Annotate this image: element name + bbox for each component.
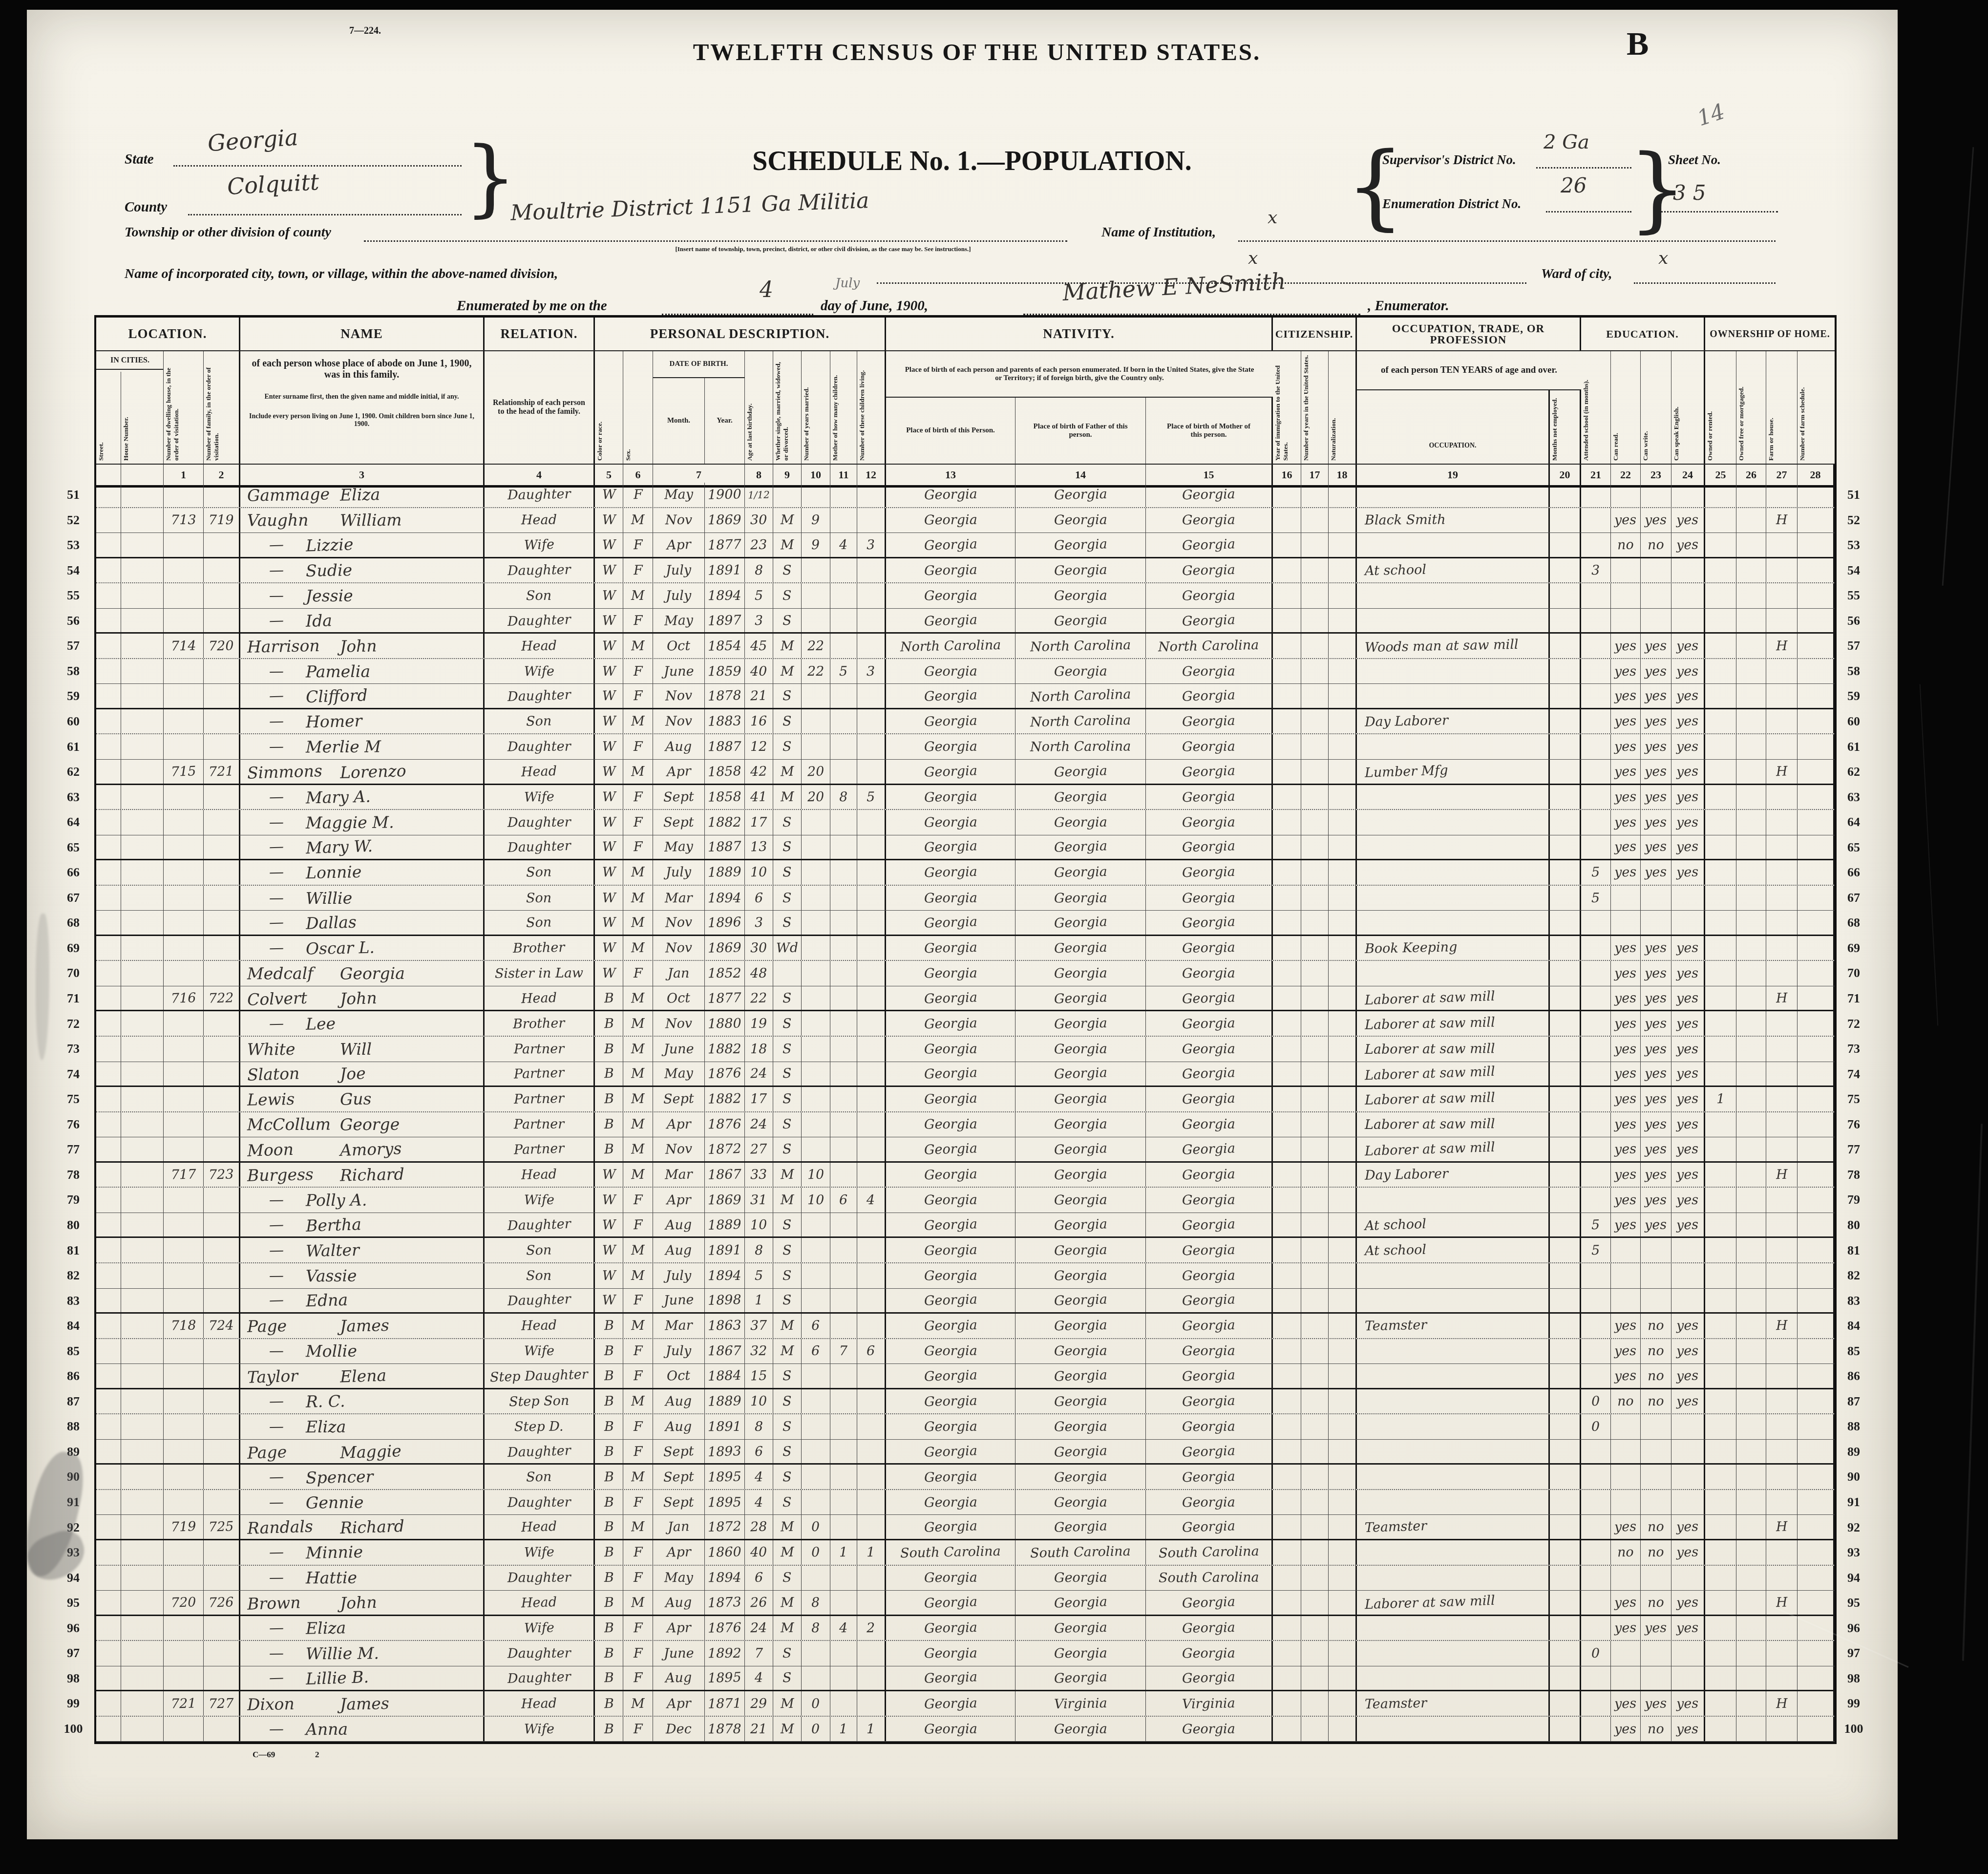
- cell-color-value: B: [604, 1646, 613, 1661]
- cell-occupation: Laborer at saw mill: [1357, 1112, 1550, 1137]
- cell-age: 3: [745, 609, 773, 633]
- cell-father-birthplace: Georgia: [1015, 886, 1146, 911]
- state-line: [173, 165, 462, 167]
- cell-family-no: 723: [204, 1163, 240, 1187]
- cell-can-read: yes: [1611, 961, 1641, 986]
- cell-years-married: 10: [802, 1188, 830, 1213]
- cell-age-value: 26: [750, 1595, 767, 1610]
- cell-years-married: [802, 709, 830, 734]
- cell-color: B: [595, 1087, 623, 1111]
- cell-children-living: 1: [857, 1717, 886, 1742]
- cell-birthplace-value: Georgia: [924, 1620, 977, 1636]
- cell-children-living: [857, 835, 886, 859]
- cell-im: [1273, 1364, 1301, 1388]
- cell-color: B: [595, 1364, 623, 1388]
- cell-can-speak-english-value: yes: [1676, 865, 1699, 880]
- cell-can-speak-english-value: yes: [1676, 1595, 1699, 1610]
- cell-marital: S: [773, 1465, 802, 1489]
- census-row-line-88: —ElizaStep D.BFAug18918SGeorgiaGeorgiaGe…: [96, 1414, 1835, 1440]
- cell-marital: S: [773, 1137, 802, 1161]
- census-row-line-99: 721727DixonJamesHeadBMApr187129M0Georgia…: [96, 1691, 1835, 1717]
- cell-father-birthplace-value: Georgia: [1054, 940, 1107, 956]
- cell-occupation: Day Laborer: [1357, 709, 1550, 734]
- cell-owned-rented: [1705, 734, 1736, 759]
- given-name: Clifford: [305, 685, 368, 706]
- enumerated-month-handwritten: July: [835, 276, 860, 291]
- cell-hn: [121, 609, 164, 633]
- cell-im: [1273, 684, 1301, 708]
- cell-fs: [1798, 1717, 1835, 1742]
- cell-age: 30: [745, 508, 773, 533]
- cell-yus: [1301, 1540, 1329, 1565]
- cell-age: 18: [745, 1037, 773, 1062]
- cell-father-birthplace: Georgia: [1015, 835, 1146, 859]
- cell-can-write-value: yes: [1645, 764, 1667, 779]
- cell-dwelling-no: [164, 583, 204, 608]
- cell-can-speak-english: yes: [1671, 936, 1705, 960]
- cell-occupation-value: Teamster: [1365, 1518, 1427, 1535]
- cell-children-living: [857, 911, 886, 935]
- cell-farm-or-house: [1766, 1339, 1798, 1364]
- cell-mother-birthplace: Georgia: [1146, 1213, 1273, 1237]
- given-name: Hattie: [306, 1568, 357, 1588]
- cell-color: B: [595, 1112, 623, 1137]
- cell-fr: [1736, 1389, 1766, 1414]
- cell-hn: [121, 659, 164, 684]
- cell-can-speak-english: yes: [1671, 1339, 1705, 1364]
- cell-mother-birthplace: Georgia: [1146, 1112, 1273, 1137]
- cell-color: B: [595, 1314, 623, 1338]
- cell-name: —Eliza: [240, 1414, 485, 1439]
- cell-fs: [1798, 860, 1835, 885]
- cell-yus: [1301, 1062, 1329, 1086]
- cell-marital-value: S: [783, 915, 792, 931]
- cell-birth-year-value: 1871: [708, 1696, 741, 1711]
- cell-mother-of-value: 4: [839, 537, 848, 553]
- line-number: 74: [1837, 1067, 1871, 1082]
- cell-marital: M: [773, 634, 802, 658]
- surname: —: [240, 1215, 306, 1235]
- cell-fr: [1736, 734, 1766, 759]
- cell-dwelling-no: [164, 1364, 204, 1388]
- census-row-line-65: —Mary W.DaughterWFMay188713SGeorgiaGeorg…: [96, 835, 1835, 861]
- line-number: 55: [1837, 588, 1871, 603]
- cell-nat: [1329, 1011, 1357, 1036]
- cell-im: [1273, 1389, 1301, 1414]
- line-number: 57: [56, 639, 90, 653]
- cell-birth-year-value: 1895: [708, 1670, 742, 1686]
- cell-marital: S: [773, 860, 802, 885]
- cell-age-value: 22: [750, 990, 767, 1006]
- cell-name: —Merlie M: [240, 734, 485, 759]
- cell-age: 10: [745, 1389, 773, 1414]
- cell-st: [96, 1641, 121, 1666]
- cell-birthplace: Georgia: [886, 1364, 1015, 1388]
- cell-birth-year-value: 1877: [708, 537, 742, 553]
- cell-mother-birthplace-value: Georgia: [1182, 1367, 1236, 1384]
- cell-relation: Daughter: [485, 1666, 595, 1690]
- cell-birth-month-value: May: [664, 487, 694, 503]
- col-marital: Whether single, married, widowed, or div…: [773, 351, 801, 464]
- cell-can-speak-english: yes: [1671, 1137, 1705, 1161]
- cell-birth-year: 1858: [705, 785, 745, 809]
- cell-can-speak-english: yes: [1671, 634, 1705, 658]
- cell-father-birthplace: Georgia: [1015, 986, 1146, 1010]
- table-body: GammageElizaDaughterWFMay19001/12Georgia…: [94, 483, 1837, 1744]
- cell-farm-or-house: H: [1766, 634, 1798, 658]
- cell-fs: [1798, 1616, 1835, 1640]
- cell-can-read: [1611, 1490, 1641, 1515]
- cell-color-value: W: [602, 966, 616, 981]
- cell-family-no: [204, 609, 240, 633]
- line-number: 70: [1837, 966, 1871, 980]
- cell-attended-school-value: 0: [1591, 1394, 1600, 1409]
- cell-relation-value: Daughter: [507, 562, 571, 579]
- cell-can-read-value: yes: [1614, 1042, 1636, 1057]
- cell-relation: Partner: [485, 1037, 595, 1062]
- cell-children-living: [857, 1137, 886, 1161]
- cell-mother-of: [830, 634, 857, 658]
- line-number: 85: [1837, 1344, 1871, 1359]
- institution-label: Name of Institution,: [1101, 225, 1216, 240]
- cell-family-no: 724: [204, 1314, 240, 1338]
- cell-family-no: [204, 911, 240, 935]
- cell-marital-value: M: [780, 537, 794, 553]
- cell-can-speak-english-value: yes: [1676, 663, 1698, 679]
- cell-relation: Daughter: [485, 734, 595, 759]
- cell-marital: S: [773, 1666, 802, 1690]
- cell-color: B: [595, 1490, 623, 1515]
- cell-relation: Wife: [485, 1188, 595, 1213]
- cell-years-married-value: 6: [811, 1343, 820, 1359]
- cell-attended-school: [1581, 1515, 1611, 1539]
- cell-mother-birthplace: Georgia: [1146, 1364, 1273, 1388]
- cell-marital: M: [773, 1163, 802, 1187]
- cell-children-living: [857, 1263, 886, 1288]
- cell-farm-or-house: [1766, 709, 1798, 734]
- cell-family-no-value: 723: [209, 1167, 234, 1182]
- line-number: 74: [56, 1067, 90, 1082]
- cell-family-no: [204, 558, 240, 583]
- cell-nat: [1329, 659, 1357, 684]
- cell-farm-or-house: [1766, 558, 1798, 583]
- cell-mother-birthplace-value: Georgia: [1182, 588, 1235, 604]
- cell-dwelling-no: 713: [164, 508, 204, 533]
- cell-mne: [1550, 911, 1581, 935]
- cell-father-birthplace-value: Georgia: [1054, 864, 1107, 880]
- cell-color-value: B: [604, 990, 614, 1006]
- line-number: 64: [56, 815, 90, 830]
- cell-relation: Son: [485, 1263, 595, 1288]
- cell-can-write: no: [1641, 1591, 1671, 1615]
- column-number: 14: [1015, 465, 1146, 485]
- cell-farm-or-house: [1766, 810, 1798, 835]
- cell-marital: S: [773, 1213, 802, 1237]
- line-number: 77: [1837, 1142, 1871, 1157]
- line-number: 55: [56, 588, 90, 603]
- cell-fs: [1798, 1339, 1835, 1364]
- cell-father-birthplace: Georgia: [1015, 1188, 1146, 1213]
- supervisor-label: Supervisor's District No.: [1382, 152, 1516, 168]
- cell-father-birthplace-value: Georgia: [1054, 1292, 1107, 1309]
- cell-mother-birthplace: Georgia: [1146, 659, 1273, 684]
- cell-mother-birthplace-value: Georgia: [1182, 814, 1235, 830]
- cell-age-value: 23: [750, 537, 767, 553]
- cell-mother-of: 7: [830, 1339, 857, 1364]
- cell-mother-birthplace: Georgia: [1146, 1263, 1273, 1288]
- cell-can-speak-english: yes: [1671, 1691, 1705, 1716]
- cell-farm-or-house: [1766, 1289, 1798, 1313]
- cell-sex: M: [623, 886, 653, 911]
- cell-mne: [1550, 1540, 1581, 1565]
- cell-marital: S: [773, 1263, 802, 1288]
- cell-color-value: W: [602, 588, 616, 603]
- cell-relation-value: Head: [521, 764, 557, 780]
- occupation-sub: of each person TEN YEARS of age and over…: [1366, 365, 1572, 376]
- cell-color: B: [595, 1037, 623, 1062]
- census-row-line-68: —DallasSonWMNov18963SGeorgiaGeorgiaGeorg…: [96, 911, 1835, 936]
- cell-dwelling-no: [164, 1616, 204, 1640]
- cell-marital: S: [773, 1062, 802, 1086]
- cell-can-read: yes: [1611, 760, 1641, 784]
- cell-family-no: [204, 734, 240, 759]
- cell-mother-birthplace: Georgia: [1146, 1339, 1273, 1364]
- cell-name: —Lizzie: [240, 533, 485, 557]
- cell-birthplace-value: Georgia: [924, 990, 977, 1006]
- cell-name: MedcalfGeorgia: [240, 961, 485, 986]
- cell-mother-birthplace-value: Georgia: [1182, 1268, 1235, 1283]
- cell-children-living: 1: [857, 1540, 886, 1565]
- cell-can-speak-english: yes: [1671, 835, 1705, 859]
- cell-can-speak-english: yes: [1671, 684, 1705, 708]
- cell-mother-birthplace-value: Georgia: [1182, 990, 1236, 1006]
- line-number: 66: [1837, 865, 1871, 880]
- cell-can-read-value: yes: [1614, 839, 1637, 855]
- form-number: 7—224.: [349, 25, 381, 37]
- cell-can-read: yes: [1611, 709, 1641, 734]
- cell-fr: [1736, 1465, 1766, 1489]
- cell-birthplace: South Carolina: [886, 1540, 1015, 1565]
- cell-can-read: yes: [1611, 986, 1641, 1010]
- cell-mother-birthplace: Georgia: [1146, 1465, 1273, 1489]
- cell-can-write-value: no: [1648, 1519, 1665, 1535]
- cell-marital: [773, 483, 802, 507]
- cell-mother-birthplace-value: Georgia: [1182, 940, 1235, 956]
- cell-name: PageJames: [240, 1314, 485, 1338]
- cell-can-speak-english: yes: [1671, 1540, 1705, 1565]
- cell-birthplace-value: Georgia: [924, 1016, 977, 1032]
- cell-farm-or-house: [1766, 734, 1798, 759]
- cell-relation-value: Partner: [514, 1091, 565, 1107]
- cell-can-write-value: yes: [1645, 1620, 1667, 1636]
- cell-dwelling-no-value: 719: [170, 1519, 196, 1535]
- cell-st: [96, 1389, 121, 1414]
- cell-birthplace: North Carolina: [886, 634, 1015, 658]
- cell-birth-year-value: 1872: [708, 1141, 742, 1157]
- cell-marital: S: [773, 684, 802, 708]
- cell-can-speak-english-value: yes: [1676, 940, 1699, 956]
- cell-can-speak-english: [1671, 609, 1705, 633]
- cell-im: [1273, 1137, 1301, 1161]
- col-farm-house: Farm or house.: [1766, 351, 1797, 464]
- cell-im: [1273, 1339, 1301, 1364]
- given-name: John: [339, 988, 377, 1008]
- cell-im: [1273, 1591, 1301, 1615]
- cell-hn: [121, 709, 164, 734]
- cell-family-no: 722: [204, 986, 240, 1010]
- cell-name: —Homer: [240, 709, 485, 734]
- cell-relation: Wife: [485, 1540, 595, 1565]
- cell-can-read-value: yes: [1614, 789, 1637, 805]
- city-value: x: [1248, 248, 1258, 268]
- cell-mother-birthplace: Georgia: [1146, 1641, 1273, 1666]
- cell-fs: [1798, 1087, 1835, 1111]
- cell-can-write: [1641, 1465, 1671, 1489]
- cell-color: W: [595, 911, 623, 935]
- cell-marital-value: M: [780, 638, 794, 654]
- cell-st: [96, 911, 121, 935]
- cell-children-living: [857, 1641, 886, 1666]
- cell-hn: [121, 1717, 164, 1742]
- cell-im: [1273, 810, 1301, 835]
- cell-attended-school: 5: [1581, 886, 1611, 911]
- column-number: 9: [773, 465, 802, 485]
- cell-farm-or-house: [1766, 483, 1798, 507]
- cell-owned-rented: [1705, 1112, 1736, 1137]
- cell-birth-year-value: 1869: [708, 940, 741, 956]
- cell-birth-month-value: Sept: [663, 1444, 695, 1460]
- cell-nat: [1329, 1641, 1357, 1666]
- cell-name: —Lonnie: [240, 860, 485, 885]
- cell-sex-value: M: [631, 865, 645, 880]
- cell-name: —Willie M.: [240, 1641, 485, 1666]
- cell-owned-rented: [1705, 810, 1736, 835]
- cell-dwelling-no-value: 716: [170, 990, 196, 1006]
- cell-sex-value: M: [631, 1016, 645, 1031]
- cell-birth-month-value: Oct: [667, 1368, 691, 1384]
- township-value: Moultrie District 1151 Ga Militia: [510, 188, 869, 226]
- cell-st: [96, 1213, 121, 1237]
- cell-mother-of: [830, 835, 857, 859]
- cell-years-married: 0: [802, 1540, 830, 1565]
- surname: —: [240, 813, 306, 831]
- cell-birth-month: Nov: [653, 709, 705, 734]
- line-number: 87: [1837, 1394, 1871, 1409]
- cell-sex-value: F: [633, 1620, 642, 1636]
- cell-family-no: [204, 1364, 240, 1388]
- cell-children-living: [857, 1289, 886, 1313]
- cell-attended-school: [1581, 1339, 1611, 1364]
- cell-yus: [1301, 886, 1329, 911]
- cell-birth-month: Aug: [653, 1213, 705, 1237]
- cell-attended-school: [1581, 634, 1611, 658]
- cell-father-birthplace: Georgia: [1015, 659, 1146, 684]
- cell-marital: M: [773, 1717, 802, 1742]
- cell-mother-birthplace: Georgia: [1146, 1616, 1273, 1640]
- cell-attended-school: [1581, 1691, 1611, 1716]
- cell-color: B: [595, 1137, 623, 1161]
- cell-dwelling-no: [164, 1037, 204, 1062]
- cell-father-birthplace: South Carolina: [1015, 1540, 1146, 1565]
- cell-mother-of-value: 4: [839, 1620, 848, 1636]
- cell-hn: [121, 1037, 164, 1062]
- cell-owned-rented: [1705, 1163, 1736, 1187]
- cell-marital-value: S: [783, 990, 792, 1006]
- cell-im: [1273, 1490, 1301, 1515]
- cell-st: [96, 961, 121, 986]
- cell-marital: M: [773, 659, 802, 684]
- group-relation: RELATION.: [485, 318, 595, 350]
- cell-age-value: 4: [754, 1670, 763, 1686]
- cell-birthplace: Georgia: [886, 1263, 1015, 1288]
- line-number: 80: [1837, 1218, 1871, 1233]
- cell-birthplace: Georgia: [886, 1238, 1015, 1262]
- cell-can-write-value: yes: [1645, 839, 1667, 855]
- cell-marital: M: [773, 1540, 802, 1565]
- cell-st: [96, 1490, 121, 1515]
- cell-family-no: 725: [204, 1515, 240, 1539]
- cell-name: —Mollie: [240, 1339, 485, 1364]
- cell-st: [96, 1364, 121, 1388]
- cell-birth-year-value: 1860: [708, 1545, 741, 1560]
- census-row-line-64: —Maggie M.DaughterWFSept188217SGeorgiaGe…: [96, 810, 1835, 835]
- cell-can-read-value: yes: [1614, 1167, 1637, 1183]
- column-number: 26: [1736, 465, 1766, 485]
- cell-mother-birthplace: Georgia: [1146, 810, 1273, 835]
- cell-color-value: B: [604, 1343, 613, 1359]
- cell-mne: [1550, 1163, 1581, 1187]
- column-number: 15: [1146, 465, 1273, 485]
- cell-can-speak-english: yes: [1671, 533, 1705, 557]
- cell-birth-year: 1883: [705, 709, 745, 734]
- cell-fs: [1798, 1566, 1835, 1591]
- cell-farm-or-house-value: H: [1776, 1318, 1787, 1333]
- cell-father-birthplace-value: Georgia: [1054, 1141, 1107, 1157]
- cell-relation: Brother: [485, 1011, 595, 1036]
- cell-mother-of: [830, 1137, 857, 1161]
- cell-name: TaylorElena: [240, 1364, 485, 1388]
- cell-color: W: [595, 684, 623, 708]
- cell-can-write: no: [1641, 1515, 1671, 1539]
- cell-attended-school-value: 3: [1591, 563, 1600, 578]
- cell-relation: Partner: [485, 1062, 595, 1086]
- cell-mne: [1550, 1465, 1581, 1489]
- cell-marital: S: [773, 609, 802, 633]
- cell-occupation-value: Day Laborer: [1365, 1166, 1449, 1183]
- cell-age: 1/12: [745, 483, 773, 507]
- cell-birth-year: 1854: [705, 634, 745, 658]
- cell-can-read: yes: [1611, 1188, 1641, 1213]
- census-row-line-98: —Lillie B.DaughterBFAug18954SGeorgiaGeor…: [96, 1666, 1835, 1692]
- cell-birth-month: July: [653, 558, 705, 583]
- cell-birth-month-value: Nov: [665, 915, 692, 931]
- cell-age-value: 6: [755, 1570, 763, 1585]
- cell-st: [96, 1566, 121, 1591]
- cell-father-birthplace-value: North Carolina: [1030, 637, 1131, 654]
- census-row-line-72: —LeeBrotherBMNov188019SGeorgiaGeorgiaGeo…: [96, 1011, 1835, 1037]
- cell-birth-year: 1887: [705, 835, 745, 859]
- cell-dwelling-no: [164, 709, 204, 734]
- cell-sex-value: M: [631, 512, 645, 528]
- cell-farm-or-house: [1766, 1414, 1798, 1439]
- cell-fs: [1798, 785, 1835, 809]
- line-number: 69: [1837, 941, 1871, 956]
- cell-can-speak-english: [1671, 1641, 1705, 1666]
- cell-can-write: [1641, 609, 1671, 633]
- cell-years-married: [802, 483, 830, 507]
- cell-nat: [1329, 886, 1357, 911]
- cell-birth-year-value: 1882: [708, 1091, 741, 1107]
